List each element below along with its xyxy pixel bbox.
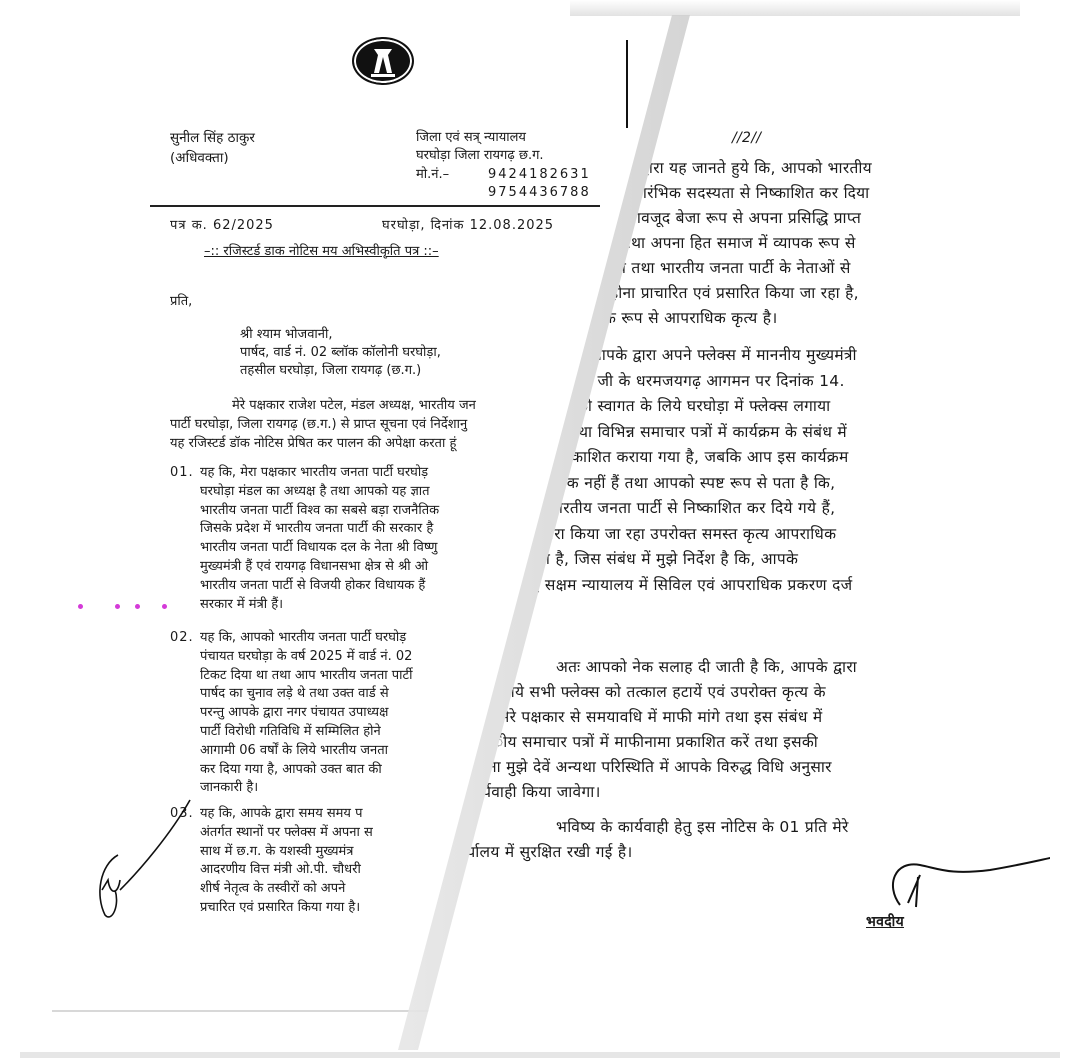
point-number: 01.	[170, 465, 194, 481]
text-line: आगामी 06 वर्षों के लिये भारतीय जनता	[200, 743, 388, 759]
margin-signature-icon	[90, 795, 200, 925]
text-line: भारतीय जनता पार्टी विधायक दल के नेता श्र…	[200, 540, 437, 556]
text-line: पार्षद का चुनाव लड़े थे तथा उक्त वार्ड स…	[200, 686, 389, 702]
text-line: ना मुझे देवें अन्यथा परिस्थिति में आपके …	[488, 757, 832, 777]
text-line: थे तथा भारतीय जनता पार्टी के नेताओं से	[616, 258, 851, 278]
place-date: घरघोड़ा, दिनांक 12.08.2025	[382, 218, 554, 234]
text-line: प्रकाशित कराया गया है, जबकि आप इस कार्यक…	[562, 447, 849, 467]
pink-mark	[115, 604, 120, 609]
text-line: परन्तु आपके द्वारा नगर पंचायत उपाध्यक्ष	[200, 705, 388, 721]
point-number: 02.	[170, 630, 194, 646]
page-marker: //2//	[732, 128, 761, 148]
text-line: आदरणीय वित्त मंत्री ओ.पी. चौधरी	[200, 862, 361, 878]
text-line: कार्यालय में सुरक्षित रखी गई है।	[450, 842, 633, 862]
text-line: मेरे पक्षकार से समयावधि में माफी मांगे त…	[500, 707, 822, 727]
phone-1: 9424182631	[488, 167, 591, 183]
reference-number: पत्र क. 62/2025	[170, 218, 274, 234]
text-line: यह कि, मेरा पक्षकार भारतीय जनता पार्टी घ…	[200, 465, 428, 481]
pink-mark	[162, 604, 167, 609]
court-name: जिला एवं सत्र् न्यायालय	[416, 130, 526, 146]
text-line: भारतीय जनता पार्टी से विजयी होकर विधायक …	[200, 578, 425, 594]
text-line: क रूप से आपराधिक कृत्य है।	[604, 308, 778, 328]
text-line: द्वारा किया जा रहा उपरोक्त समस्त कृत्य आ…	[541, 524, 836, 544]
advocate-name: सुनील सिंह ठाकुर	[170, 130, 255, 146]
text-line: तथा विभिन्न समाचार पत्रों में कार्यक्रम …	[569, 422, 847, 442]
text-line: प्रारंभिक सदस्यता से निष्काशित कर दिया	[634, 183, 869, 203]
text-line: द्ध सक्षम न्यायालय में सिविल एवं आपराधिक…	[527, 575, 853, 595]
text-line: की है, जिस संबंध में मुझे निर्देश है कि,…	[534, 549, 798, 569]
text-line: य जी के धरमजयगढ़ आगमन पर दिनांक 14.	[583, 371, 845, 391]
letterhead-divider	[150, 205, 600, 207]
court-place: घरघोड़ा जिला रायगढ़ छ.ग.	[416, 148, 544, 164]
text-line: भविष्य के कार्यवाही हेतु इस नोटिस के 01 …	[556, 817, 849, 837]
text-line: अतः आपको नेक सलाह दी जाती है कि, आपके द्…	[556, 657, 857, 677]
text-line: होना प्राचारित एवं प्रसारित किया जा रहा …	[610, 283, 859, 303]
text-line: कर दिया गया है, आपको उक्त बात की	[200, 762, 382, 778]
to-label: प्रति,	[170, 294, 192, 310]
text-line: तथा अपना हित समाज में व्यापक रूप से	[622, 233, 856, 253]
text-line: अंतर्गत स्थानों पर फ्लेक्स में अपना स	[200, 825, 373, 841]
text-line: पंचायत घरघोड़ा के वर्ष 2025 में वार्ड नं…	[200, 649, 412, 665]
text-line: आपके द्वारा अपने फ्लेक्स में माननीय मुख्…	[590, 345, 857, 365]
text-line: भारतीय जनता पार्टी विश्व का सबसे बड़ा रा…	[200, 503, 439, 519]
text-line: पार्टी विरोधी गतिविधि में सम्मिलित होने	[200, 724, 381, 740]
advocate-emblem-icon	[352, 37, 414, 85]
text-line: सरकार में मंत्री हैं।	[200, 597, 283, 613]
intro-line: पार्टी घरघोड़ा, जिला रायगढ़ (छ.ग.) से प्…	[170, 417, 467, 433]
text-line: र्यवाही किया जावेगा।	[482, 782, 601, 802]
signature-icon	[880, 855, 1060, 915]
pink-mark	[135, 604, 140, 609]
advocate-title: (अधिवक्ता)	[170, 150, 229, 166]
phone-label: मो.नं.–	[416, 167, 449, 183]
notice-subject: –:: रजिस्टर्ड डाक नोटिस मय अभिस्वीकृति प…	[204, 244, 439, 260]
text-line: घरघोड़ा मंडल का अध्यक्ष है तथा आपको यह ज…	[200, 484, 430, 500]
text-line: ीय समाचार पत्रों में माफीनामा प्रकाशित क…	[494, 732, 818, 752]
recipient-line: श्री श्याम भोजवानी,	[240, 327, 333, 343]
closing-salutation: भवदीय	[866, 912, 904, 932]
intro-line: यह रजिस्टर्ड डॉक नोटिस प्रेषित कर पालन क…	[170, 436, 456, 452]
text-line: प्रचारित एवं प्रसारित किया गया है।	[200, 900, 360, 916]
text-line: यह कि, आपके द्वारा समय समय प	[200, 806, 363, 822]
recipient-line: तहसील घरघोड़ा, जिला रायगढ़ (छ.ग.)	[240, 363, 421, 379]
text-line: भारतीय जनता पार्टी से निष्काशित कर दिये …	[548, 498, 835, 518]
pink-mark	[78, 604, 83, 609]
text-line: द्वारा यह जानते हुये कि, आपको भारतीय	[640, 158, 872, 178]
intro-line: मेरे पक्षकार राजेश पटेल, मंडल अध्यक्ष, भ…	[232, 398, 476, 414]
text-line: टिकट दिया था तथा आप भारतीय जनता पार्टी	[200, 668, 412, 684]
text-line: साथ में छ.ग. के यशस्वी मुख्यमंत्र	[200, 844, 353, 860]
text-line: शीर्ष नेतृत्व के तस्वीरों को अपने	[200, 881, 345, 897]
text-line: बावजूद बेजा रूप से अपना प्रसिद्धि प्राप्…	[628, 208, 861, 228]
text-line: जक नहीं हैं तथा आपको स्पष्ट रूप से पता ह…	[555, 473, 835, 493]
text-line: गये सभी फ्लेक्स को तत्काल हटायें एवं उपर…	[506, 682, 826, 702]
phone-2: 9754436788	[488, 185, 591, 201]
text-line: जानकारी है।	[200, 780, 258, 796]
text-line: को स्वागत के लिये घरघोड़ा में फ्लेक्स लग…	[576, 396, 831, 416]
recipient-line: पार्षद, वार्ड नं. 02 ब्लॉक कॉलोनी घरघोड़…	[240, 345, 441, 361]
text-line: यह कि, आपको भारतीय जनता पार्टी घरघोड़	[200, 630, 406, 646]
text-line: जिसके प्रदेश में भारतीय जनता पार्टी की स…	[200, 521, 433, 537]
text-line: मुख्यमंत्री हैं एवं रायगढ़ विधानसभा क्षे…	[200, 559, 428, 575]
